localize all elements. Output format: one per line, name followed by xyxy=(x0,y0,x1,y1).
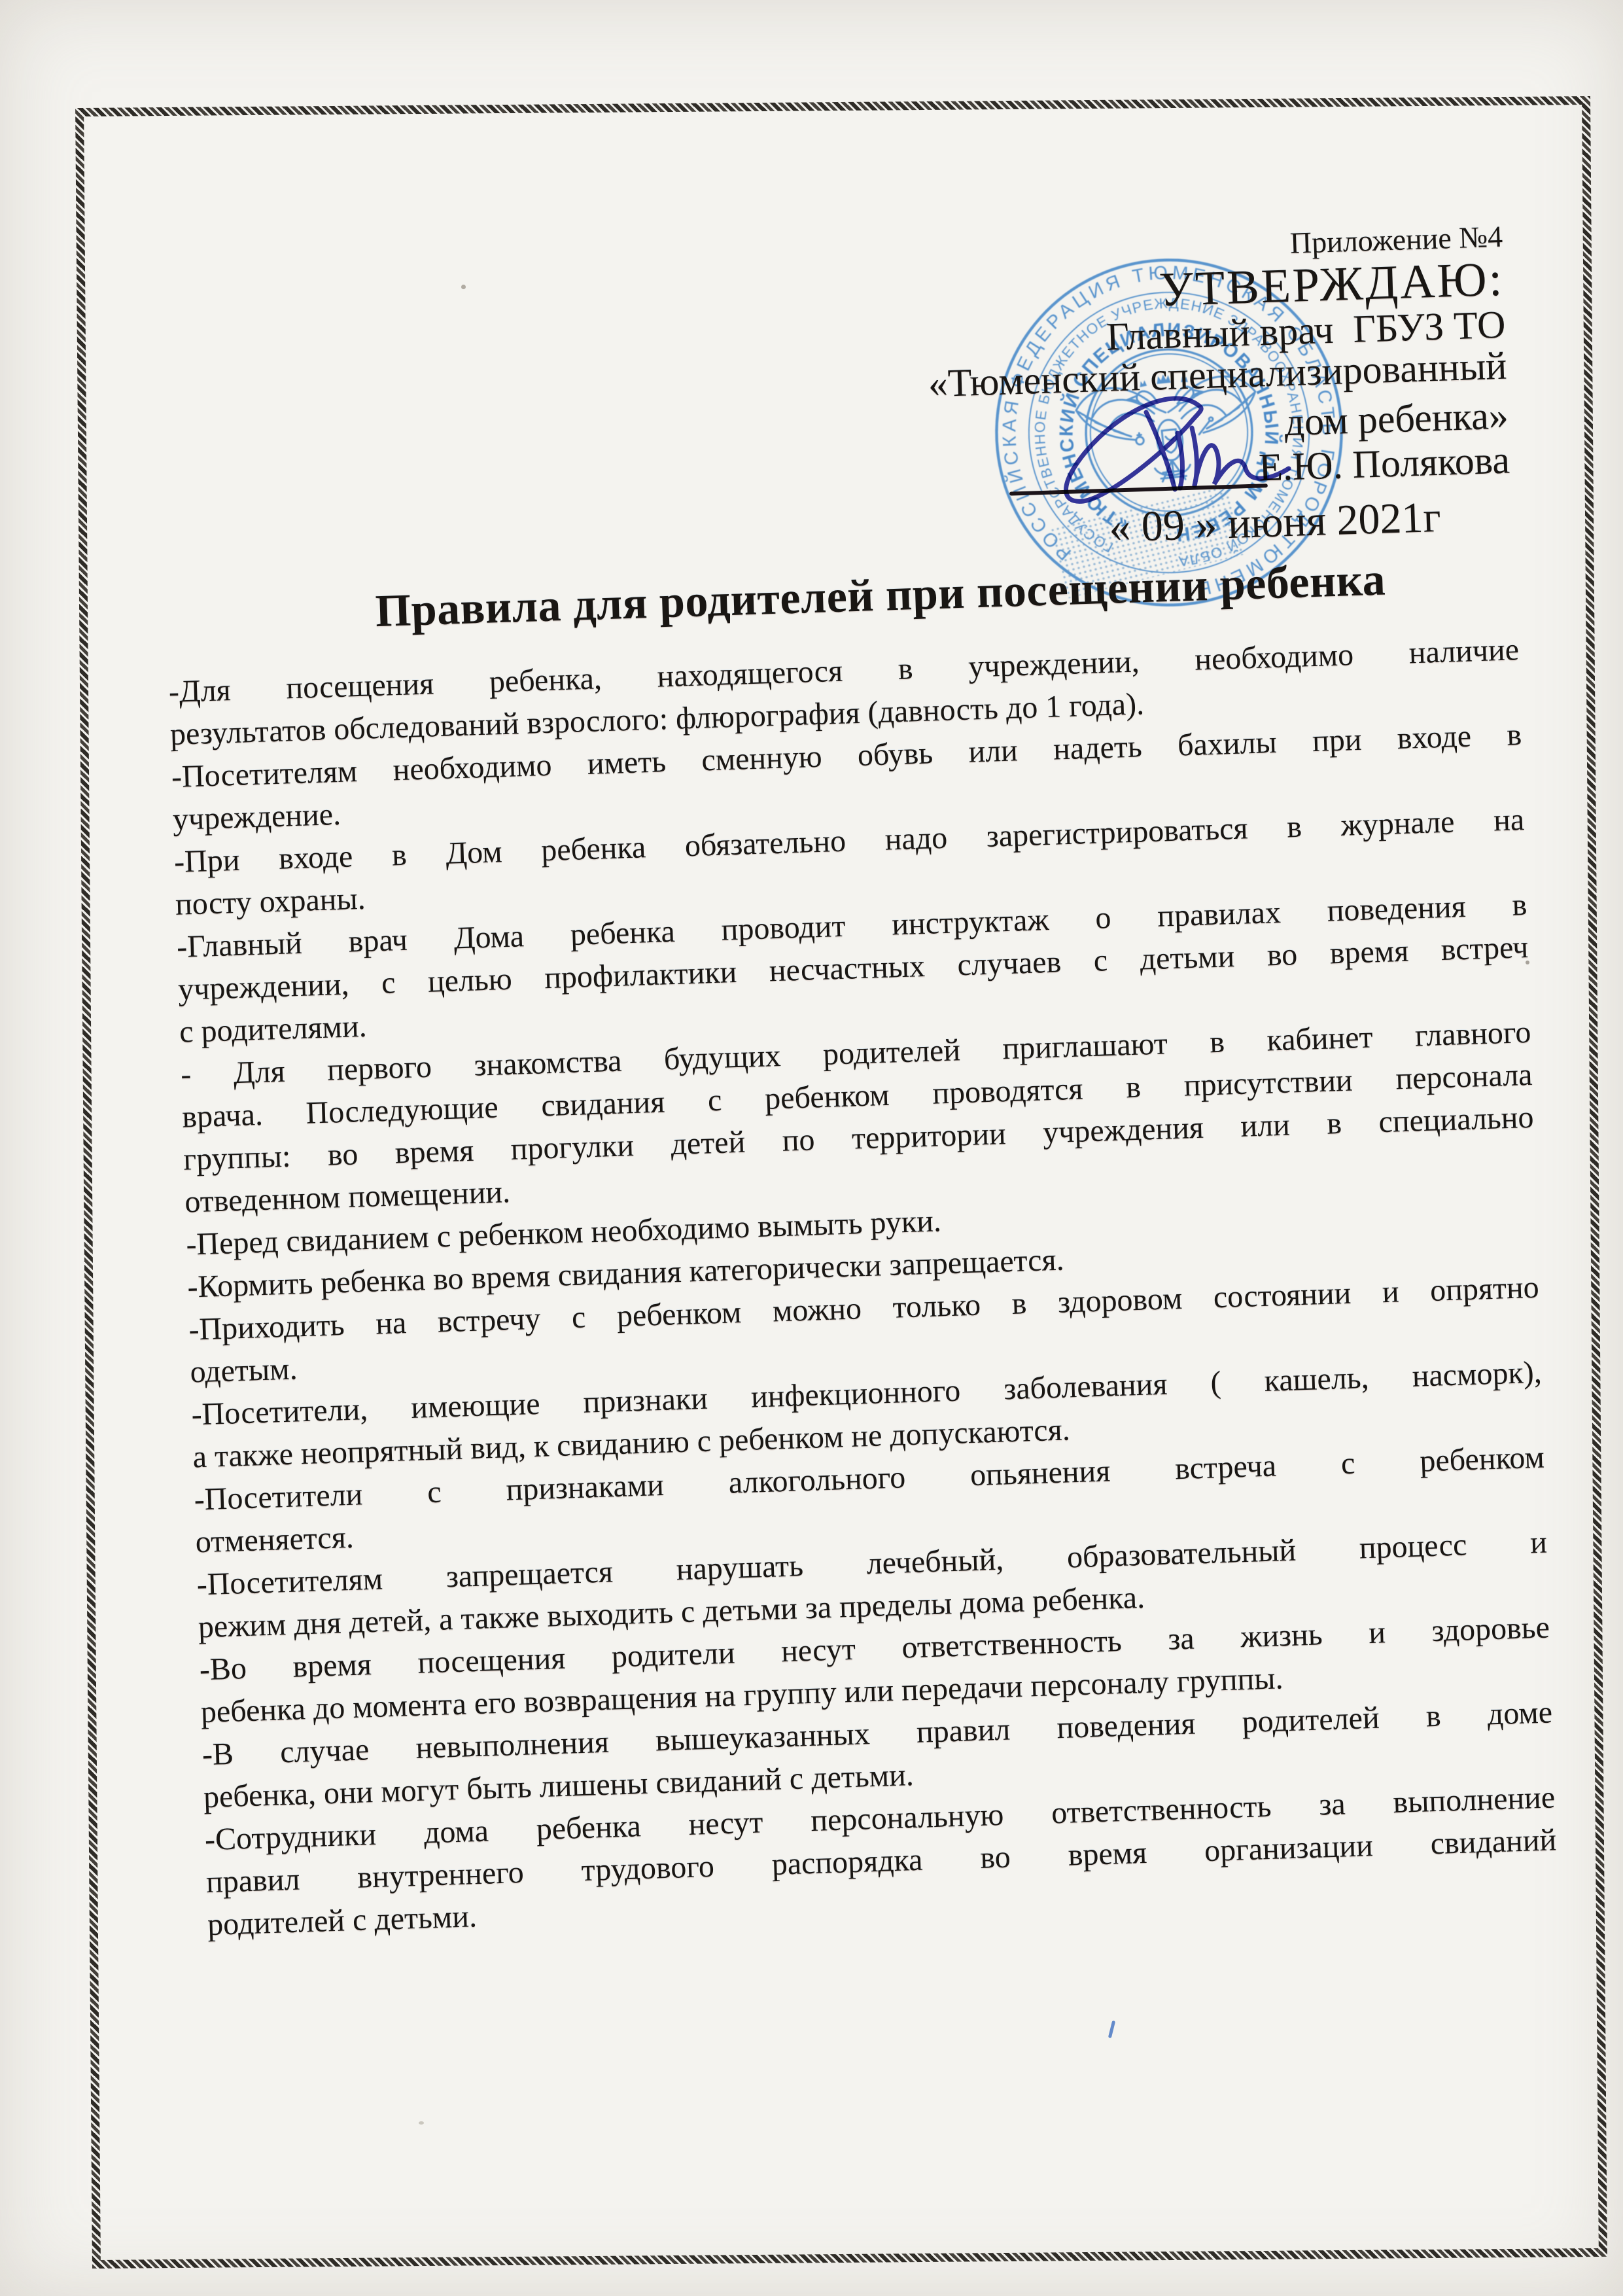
rules-list: -Для посещения ребенка, находящегося в у… xyxy=(168,628,1558,1946)
handwritten-signature xyxy=(981,373,1348,543)
page-title: Правила для родителей при посещении ребе… xyxy=(206,548,1554,643)
scan-speck xyxy=(1526,961,1529,964)
scanned-document-page: РОССИЙСКАЯ ФЕДЕРАЦИЯ ТЮМЕНСКАЯ ОБЛАСТЬ Г… xyxy=(0,0,1623,2296)
signature-strokes xyxy=(1066,398,1289,501)
document-content: Приложение №4 УТВЕРЖДАЮ: Главный врач ГБ… xyxy=(0,0,1623,2296)
scan-speck xyxy=(461,285,466,289)
scan-speck xyxy=(419,2121,424,2125)
